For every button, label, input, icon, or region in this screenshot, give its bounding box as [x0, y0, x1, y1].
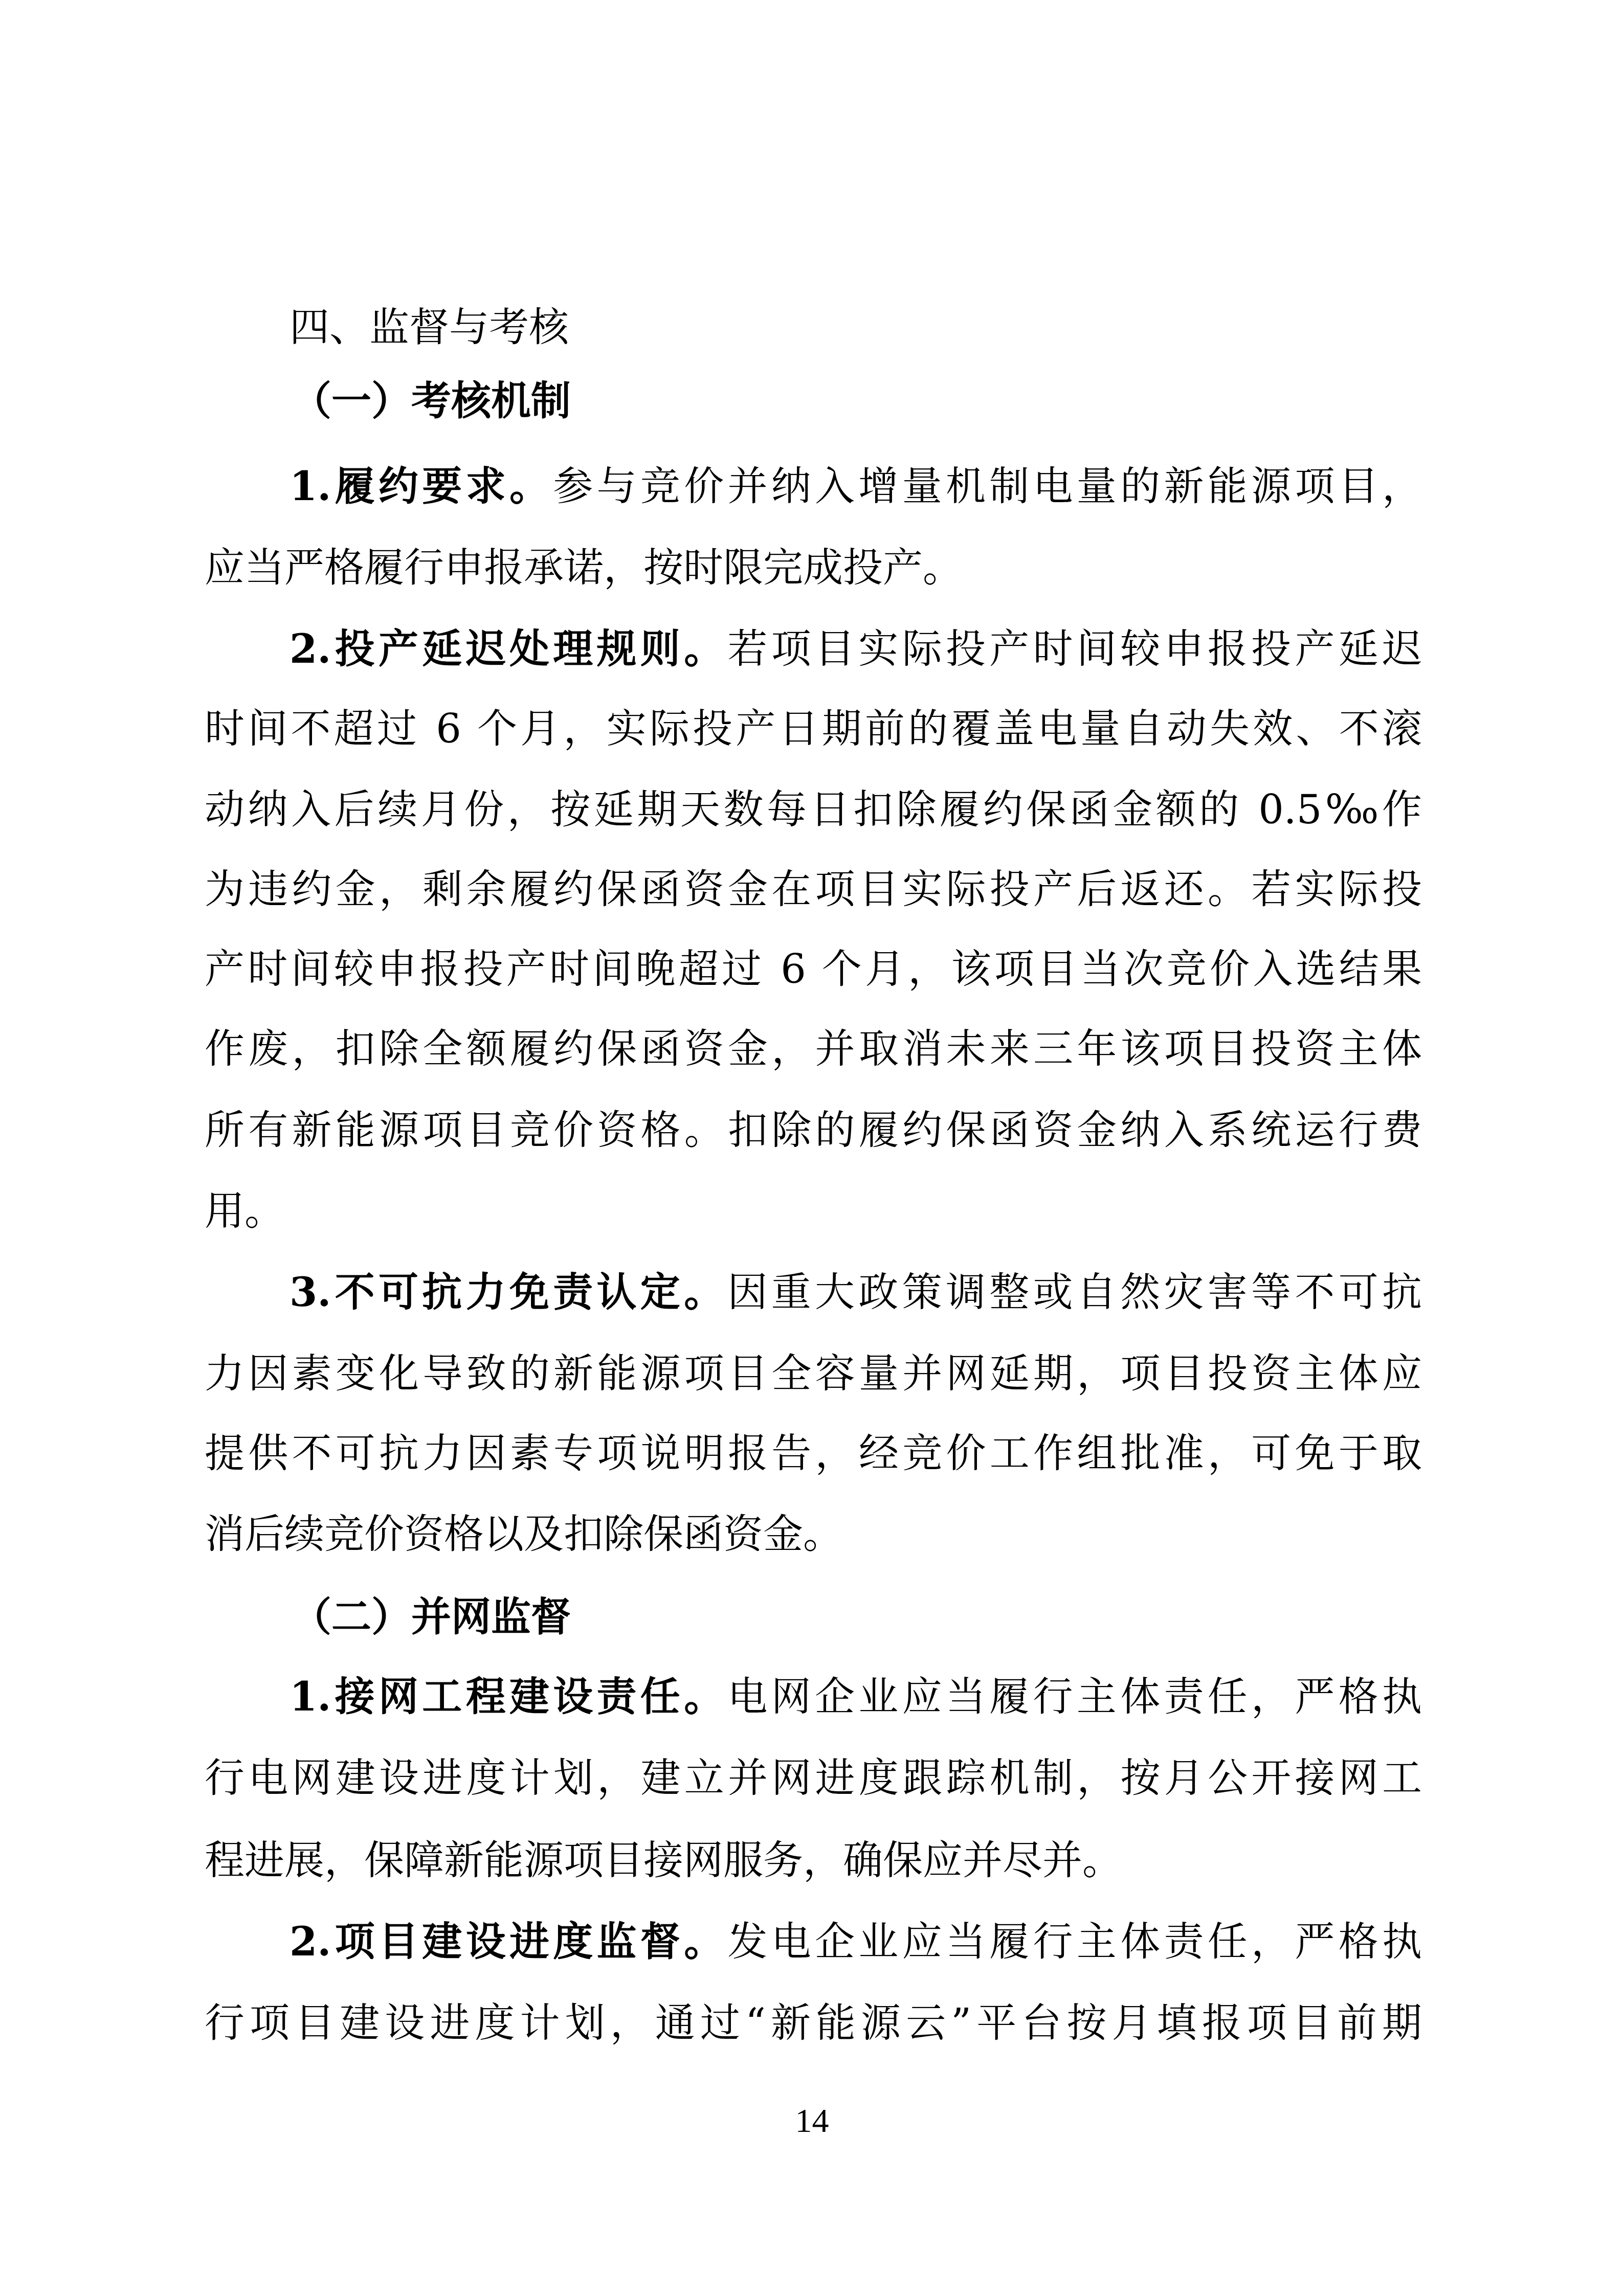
page-number: 14: [0, 2102, 1624, 2141]
paragraph-line: 行电网建设进度计划，建立并网进度跟踪机制，按月公开接网工: [205, 1738, 1422, 1819]
section-heading: 四、监督与考核: [290, 287, 1422, 368]
paragraph-line: 动纳入后续月份，按延期天数每日扣除履约保函金额的 0.5‰作: [205, 770, 1422, 850]
document-page: 四、监督与考核 （一）考核机制 1.履约要求。参与竞价并纳入增量机制电量的新能源…: [0, 0, 1624, 2296]
paragraph-line: 电网企业应当履行主体责任，严格执: [727, 1674, 1422, 1720]
paragraph-line: 程进展，保障新能源项目接网服务，确保应并尽并。: [205, 1820, 1422, 1901]
paragraph-line: 行项目建设进度计划，通过“新能源云”平台按月填报项目前期: [205, 1983, 1422, 2064]
paragraph-line: 若项目实际投产时间较申报投产延迟: [727, 626, 1422, 672]
item-title: 1.接网工程建设责任。: [290, 1674, 727, 1720]
paragraph-line: 用。: [205, 1171, 1422, 1252]
paragraph-line: 作废，扣除全额履约保函资金，并取消未来三年该项目投资主体: [205, 1009, 1422, 1090]
paragraph-line: 为违约金，剩余履约保函资金在项目实际投产后返还。若实际投: [205, 849, 1422, 930]
paragraph-construction-progress: 2.项目建设进度监督。发电企业应当履行主体责任，严格执: [290, 1902, 1422, 1983]
paragraph-line: 参与竞价并纳入增量机制电量的新能源项目，: [553, 464, 1422, 510]
paragraph-line: 发电企业应当履行主体责任，严格执: [727, 1919, 1422, 1965]
item-title: 3.不可抗力免责认定。: [290, 1269, 727, 1316]
subsection-heading-grid-supervision: （二）并网监督: [292, 1577, 1509, 1658]
paragraph-line: 产时间较申报投产时间晚超过 6 个月，该项目当次竞价入选结果: [205, 929, 1422, 1010]
paragraph-delay-rules: 2.投产延迟处理规则。若项目实际投产时间较申报投产延迟: [290, 609, 1422, 690]
paragraph-line: 应当严格履行申报承诺，按时限完成投产。: [205, 528, 1422, 609]
item-title: 2.项目建设进度监督。: [290, 1919, 727, 1965]
item-title: 1.履约要求。: [290, 463, 553, 510]
subsection-heading-assessment: （一）考核机制: [292, 361, 1509, 442]
paragraph-grid-connection-responsibility: 1.接网工程建设责任。电网企业应当履行主体责任，严格执: [290, 1657, 1422, 1738]
paragraph-line: 消后续竞价资格以及扣除保函资金。: [205, 1494, 1422, 1575]
paragraph-line: 因重大政策调整或自然灾害等不可抗: [727, 1270, 1422, 1316]
paragraph-line: 时间不超过 6 个月，实际投产日期前的覆盖电量自动失效、不滚: [205, 689, 1422, 770]
paragraph-performance-requirement: 1.履约要求。参与竞价并纳入增量机制电量的新能源项目，: [290, 446, 1422, 527]
paragraph-line: 力因素变化导致的新能源项目全容量并网延期，项目投资主体应: [205, 1334, 1422, 1414]
paragraph-force-majeure: 3.不可抗力免责认定。因重大政策调整或自然灾害等不可抗: [290, 1252, 1422, 1333]
paragraph-line: 提供不可抗力因素专项说明报告，经竞价工作组批准，可免于取: [205, 1413, 1422, 1494]
item-title: 2.投产延迟处理规则。: [290, 626, 727, 672]
paragraph-line: 所有新能源项目竞价资格。扣除的履约保函资金纳入系统运行费: [205, 1090, 1422, 1171]
